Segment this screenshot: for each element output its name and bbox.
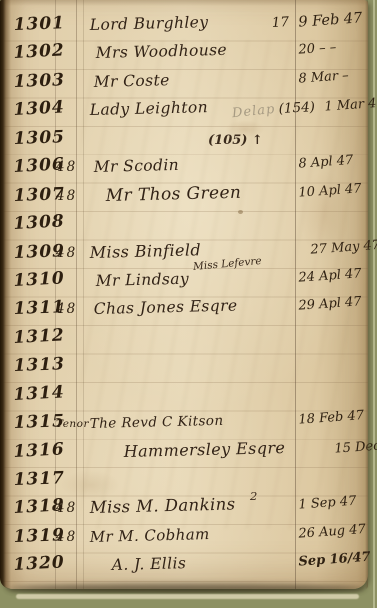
pre-date-value xyxy=(250,298,294,300)
entry-date: 18 Feb 47 xyxy=(293,408,366,428)
pre-date-value: 17 xyxy=(250,14,295,32)
entry-name: The Revd C Kitson xyxy=(90,413,224,432)
backing-sheet-edge xyxy=(16,594,359,599)
page-shadow xyxy=(8,584,365,593)
entry-name: Chas Jones Esqre xyxy=(94,297,238,319)
ledger-rows: 1301 Lord Burghley 17 9 Feb 47 1302 Mrs … xyxy=(0,13,366,582)
entry-number: 1308 xyxy=(13,212,56,234)
entry-date: 9 Feb 47 xyxy=(293,10,366,31)
background-sheen xyxy=(373,0,375,608)
ledger-row: 1307 48 Mr Thos Green 10 Apl 47 xyxy=(0,184,366,212)
pre-date-value xyxy=(250,184,294,186)
entry-number: 1302 xyxy=(13,41,56,63)
entry-name: Mr Lindsay xyxy=(96,270,190,290)
pre-date-value xyxy=(250,384,294,386)
ledger-row: 1318 48 Miss M. Dankins2 1 Sep 47 xyxy=(0,496,366,524)
ledger-row: 1303 Mr Coste 8 Mar – xyxy=(0,70,366,98)
entry-name-area xyxy=(90,356,250,375)
pre-date-value xyxy=(250,469,294,471)
entry-number: 1304 xyxy=(13,98,56,120)
ledger-row: 1312 xyxy=(0,326,366,354)
entry-date: 8 Apl 47 xyxy=(293,152,366,172)
entry-name: Mr Thos Green xyxy=(106,182,242,205)
photo-background: 1301 Lord Burghley 17 9 Feb 47 1302 Mrs … xyxy=(0,0,377,608)
entry-name-area: Miss M. Dankins2 xyxy=(90,498,250,517)
entry-number: 1317 xyxy=(13,469,56,490)
entry-date: 10 Apl 47 xyxy=(293,181,366,201)
pre-date-value: (154) xyxy=(275,99,320,117)
pre-date-value xyxy=(250,270,294,272)
entry-number: 1307 xyxy=(13,184,56,205)
entry-date: 20 – – xyxy=(293,38,366,58)
entry-date: 29 Apl 47 xyxy=(293,294,366,314)
pre-date-value xyxy=(262,241,306,243)
entry-number: 1312 xyxy=(13,326,56,348)
ledger-row: 1319 48 Mr M. Cobham 26 Aug 47 xyxy=(0,525,366,553)
pre-date-value xyxy=(250,42,294,44)
ledger-row: 1309 48 Miss BinfieldMiss Lefevre 27 May… xyxy=(0,241,366,269)
ledger-row: 1310 Mr Lindsay 24 Apl 47 xyxy=(0,269,366,297)
ledger-row: 1301 Lord Burghley 17 9 Feb 47 xyxy=(0,13,366,41)
entry-date: Sep 16/47 xyxy=(293,550,366,570)
entry-name-area: (105) ↑ xyxy=(90,129,263,148)
ledger-row: 1315 Tenor The Revd C Kitson 18 Feb 47 xyxy=(0,411,366,439)
entry-date: 26 Aug 47 xyxy=(293,522,366,542)
entry-name: Mr Scodin xyxy=(94,156,180,176)
entry-number: 1310 xyxy=(13,269,56,291)
entry-number: 1316 xyxy=(13,439,56,461)
ledger-row: 1320 A. J. Ellis Sep 16/47 xyxy=(0,553,366,581)
pencil-annotation: Delap xyxy=(232,102,277,121)
entry-name-area: Lady LeightonDelap xyxy=(90,100,276,119)
entry-name: A. J. Ellis xyxy=(112,554,187,574)
entry-number: 1311 xyxy=(13,298,56,319)
pre-date-value xyxy=(250,526,294,528)
ledger-row: 1308 xyxy=(0,212,366,240)
ledger-row: 1317 xyxy=(0,468,366,496)
ledger-row: 1313 xyxy=(0,354,366,382)
entry-name-area: Mr M. Cobham xyxy=(90,527,250,546)
pre-date-value xyxy=(286,440,330,442)
entry-name-area: Chas Jones Esqre xyxy=(90,299,250,318)
entry-name-area: Mr Coste xyxy=(90,72,250,91)
entry-name: Mrs Woodhouse xyxy=(96,41,228,62)
page-edge xyxy=(365,0,368,589)
entry-number: 1314 xyxy=(13,383,56,405)
entry-name: Miss Binfield xyxy=(90,240,202,262)
entry-date: 1 Mar 47 xyxy=(319,95,377,115)
entry-number: 1320 xyxy=(13,553,56,575)
entry-number: 1318 xyxy=(13,496,56,518)
pre-date-value xyxy=(250,156,294,158)
entry-name-area: A. J. Ellis xyxy=(90,555,250,574)
entry-date: 24 Apl 47 xyxy=(293,266,366,286)
binding-edge xyxy=(0,0,11,589)
entry-name-area xyxy=(90,385,250,404)
entry-number: 1301 xyxy=(13,14,56,35)
ledger-row: 1306 48 Mr Scodin 8 Apl 47 xyxy=(0,155,366,183)
inserted-note: (105) ↑ xyxy=(208,133,263,148)
entry-name-area: The Revd C Kitson xyxy=(90,413,250,432)
ledger-row: 1305 (105) ↑ xyxy=(0,127,366,155)
entry-number: 1306 xyxy=(13,155,56,177)
entry-name-area: Miss BinfieldMiss Lefevre xyxy=(90,243,262,262)
inserted-note: 2 xyxy=(250,489,257,503)
ledger-row: 1304 Lady LeightonDelap (154) 1 Mar 47 xyxy=(0,98,366,126)
entry-name-area: Mr Lindsay xyxy=(90,271,250,290)
ledger-page: 1301 Lord Burghley 17 9 Feb 47 1302 Mrs … xyxy=(0,0,368,589)
entry-number: 1305 xyxy=(13,127,56,148)
entry-name: Mr Coste xyxy=(94,71,170,91)
entry-name: Lord Burghley xyxy=(90,13,209,34)
pre-date-value xyxy=(250,554,294,556)
ledger-row: 1316 Hammersley Esqre 15 Dec 47 xyxy=(0,440,366,468)
entry-name-area: Hammersley Esqre xyxy=(90,442,286,461)
ledger-row: 1311 48 Chas Jones Esqre 29 Apl 47 xyxy=(0,297,366,325)
entry-number: 1313 xyxy=(13,355,56,376)
entry-name: Lady Leighton xyxy=(90,98,209,119)
pre-date-value xyxy=(250,213,294,215)
pre-date-value xyxy=(250,412,294,414)
pre-date-value xyxy=(250,327,294,329)
entry-date: 15 Dec 47 xyxy=(328,437,377,457)
pre-date-value xyxy=(263,128,307,130)
ledger-row: 1302 Mrs Woodhouse 20 – – xyxy=(0,41,366,69)
ledger-row: 1314 xyxy=(0,383,366,411)
entry-name: Hammersley Esqre xyxy=(124,438,286,461)
entry-name-area xyxy=(90,470,250,489)
entry-name-area: Mr Scodin xyxy=(90,157,250,176)
entry-date: 1 Sep 47 xyxy=(293,493,366,513)
entry-number: 1319 xyxy=(13,525,56,546)
entry-name-area: Mrs Woodhouse xyxy=(90,43,250,62)
entry-name-area: Lord Burghley xyxy=(90,15,250,34)
entry-name: Miss M. Dankins xyxy=(90,495,236,518)
entry-name-area xyxy=(90,214,250,233)
pre-date-value xyxy=(250,71,294,73)
entry-name: Mr M. Cobham xyxy=(90,525,210,546)
entry-number: 1309 xyxy=(13,241,56,262)
entry-number: 1303 xyxy=(13,70,56,91)
pre-date-value xyxy=(250,355,294,357)
entry-name-area: Mr Thos Green xyxy=(90,186,250,206)
entry-number: 1315 xyxy=(13,412,56,433)
entry-date: 8 Mar – xyxy=(293,67,366,87)
entry-name-area xyxy=(90,328,250,347)
